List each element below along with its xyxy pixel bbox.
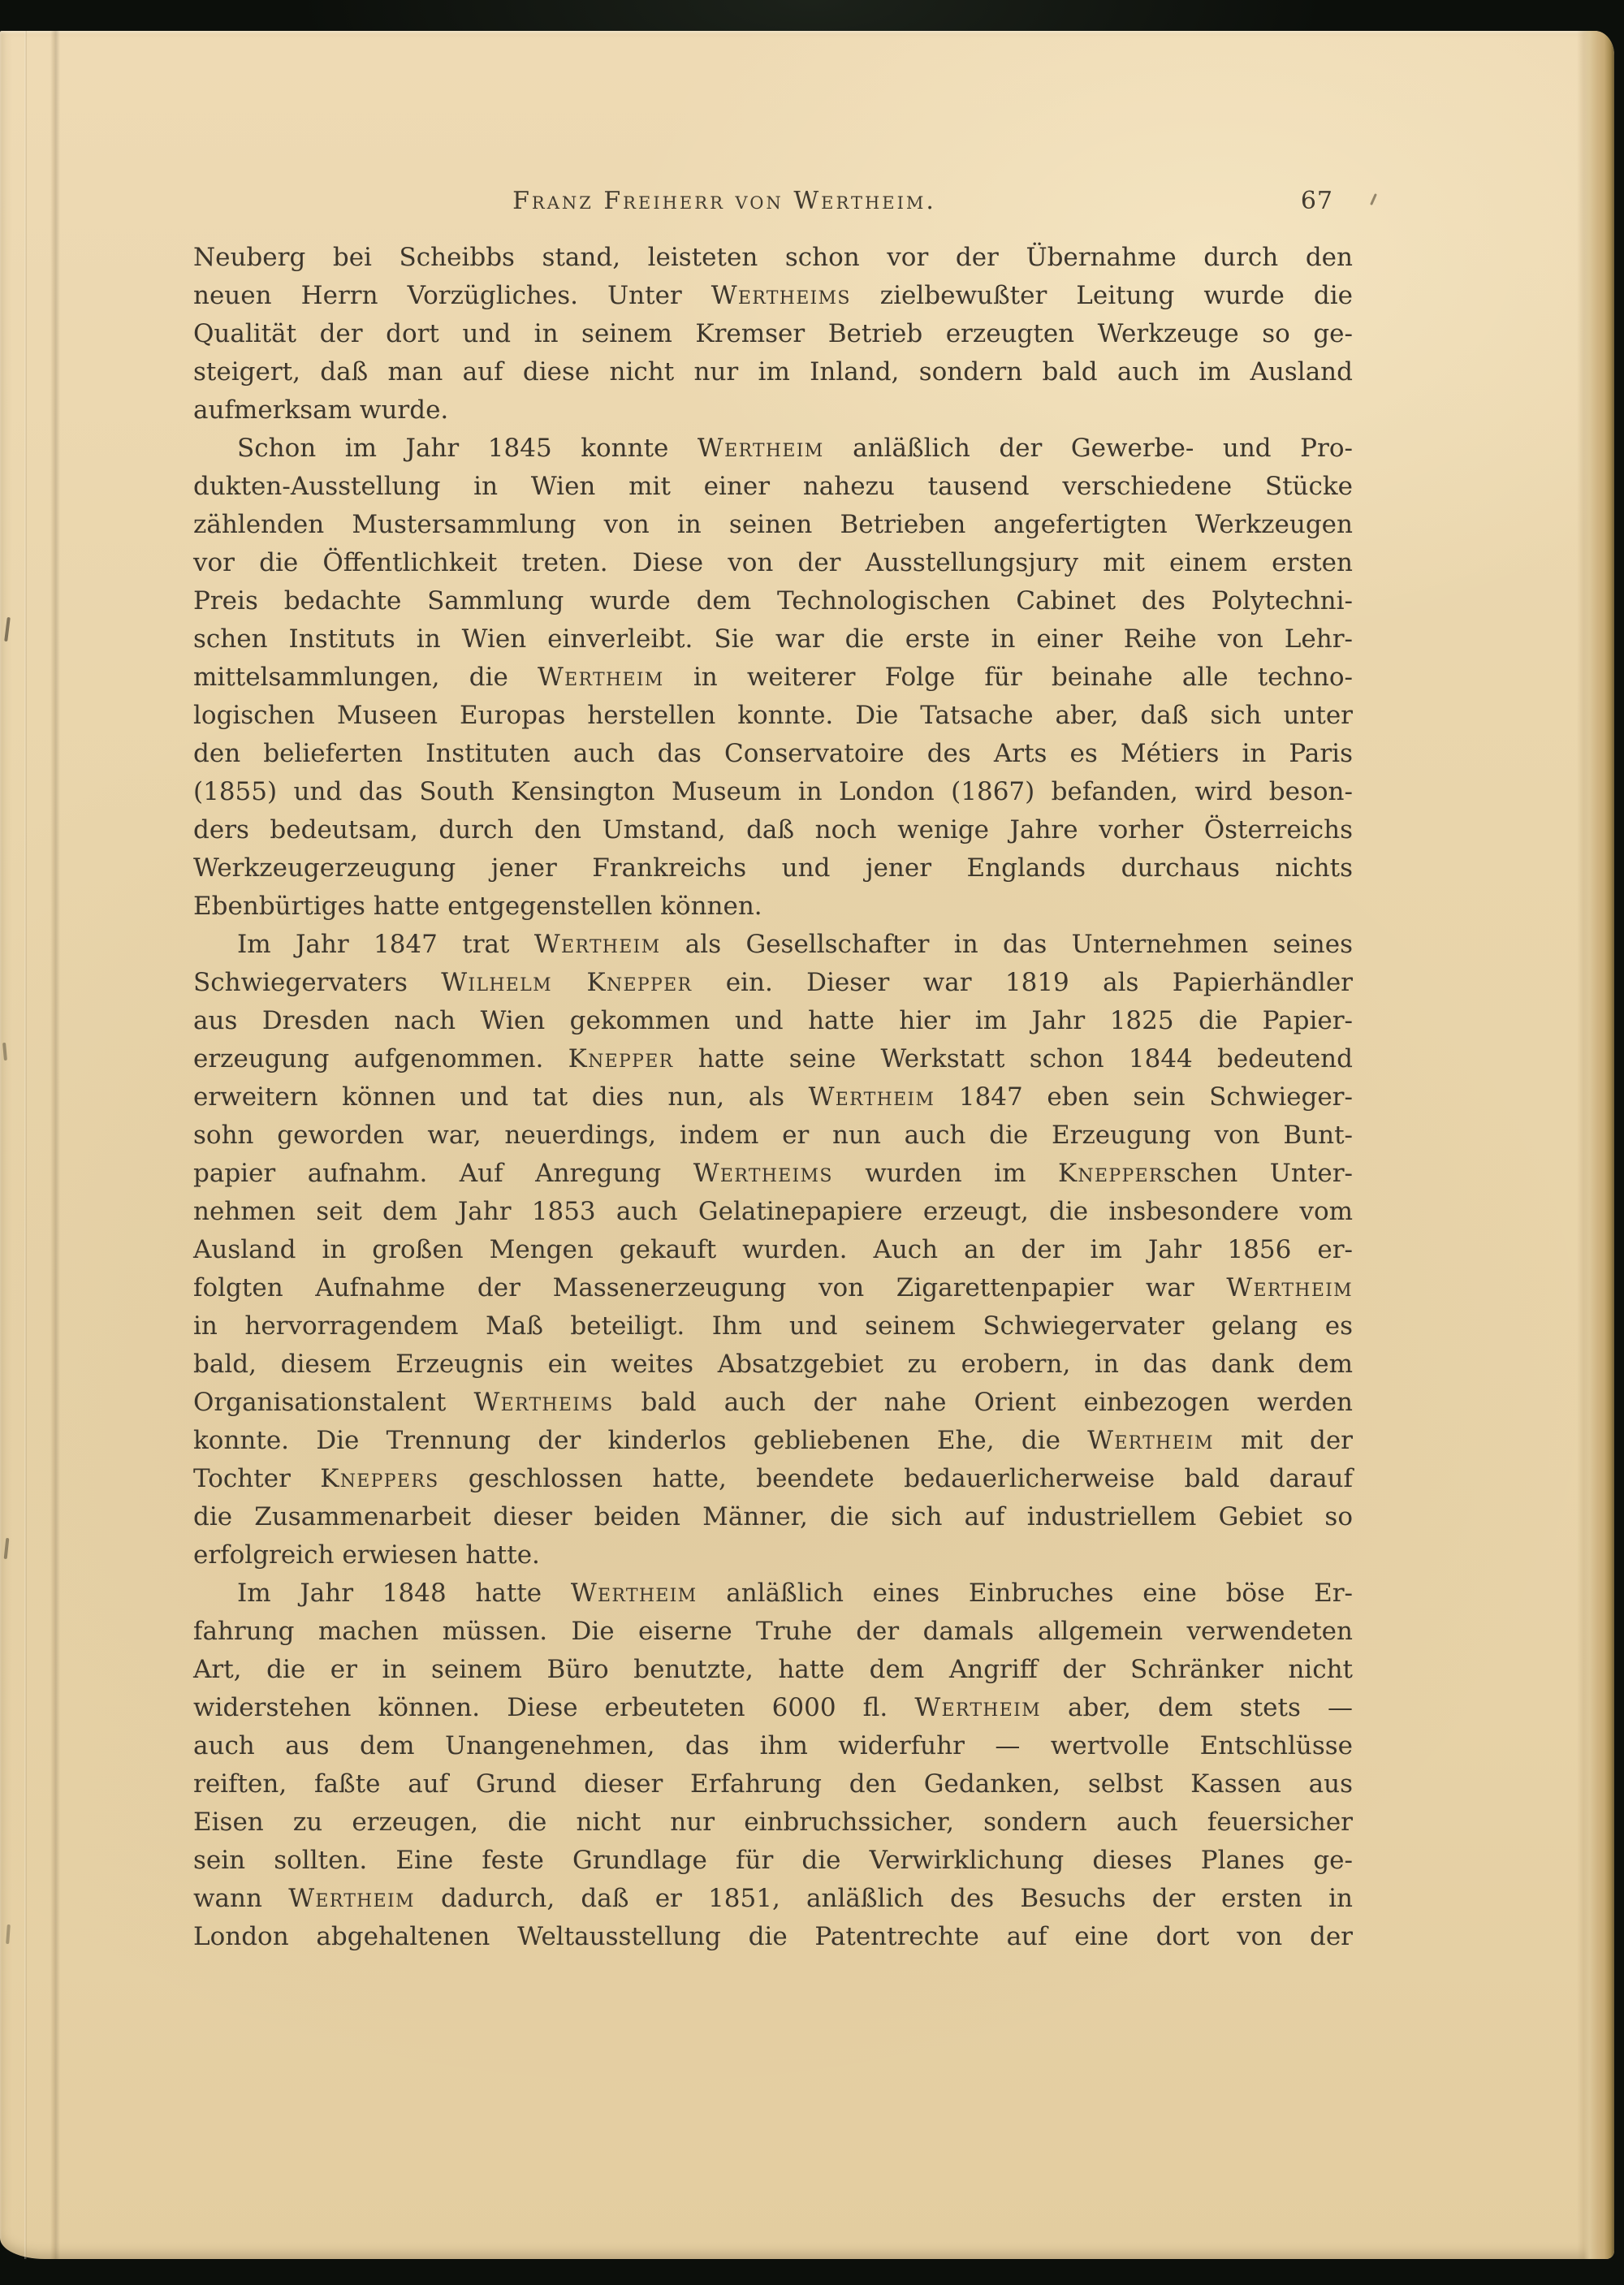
text-line: erfolgreich erwiesen hatte. (193, 1536, 1353, 1574)
text-segment: Tochter (193, 1464, 320, 1493)
text-segment: zielbewußter Leitung wurde die (851, 281, 1353, 310)
text-line: fahrung machen müssen. Die eiserne Truhe… (193, 1613, 1353, 1651)
text-block: Neuberg bei Scheibbs stand, leisteten sc… (193, 239, 1353, 1956)
text-segment: hatte seine Werkstatt schon 1844 bedeute… (673, 1044, 1353, 1073)
text-segment: erzeugung aufgenommen. (193, 1044, 568, 1073)
text-line: reiften, faßte auf Grund dieser Erfahrun… (193, 1765, 1353, 1803)
text-segment: wurden im (833, 1159, 1058, 1188)
text-segment: anläßlich der Gewerbe- und Pro- (824, 434, 1353, 463)
book-page: Franz Freiherr von Wertheim. 67 Neuberg … (0, 31, 1614, 2259)
text-segment: aber, dem stets — (1041, 1693, 1353, 1722)
text-line: steigert, daß man auf diese nicht nur im… (193, 353, 1353, 391)
person-name: Wertheim (1087, 1426, 1214, 1455)
person-name: Wertheim (809, 1082, 935, 1112)
text-line: den belieferten Instituten auch das Cons… (193, 735, 1353, 773)
person-name: Wertheims (711, 281, 851, 310)
person-name: Wertheim (1226, 1273, 1353, 1302)
text-line: Art, die er in seinem Büro benutzte, hat… (193, 1651, 1353, 1689)
person-name: Wertheims (473, 1388, 613, 1417)
text-segment: Ausland in großen Mengen gekauft wurden.… (193, 1235, 1353, 1264)
text-line: Preis bedachte Sammlung wurde dem Techno… (193, 582, 1353, 620)
text-segment: widerstehen können. Diese erbeuteten 600… (193, 1693, 914, 1722)
text-line: Eisen zu erzeugen, die nicht nur einbruc… (193, 1803, 1353, 1842)
text-line: auch aus dem Unangenehmen, das ihm wider… (193, 1727, 1353, 1765)
text-line: logischen Museen Europas herstellen konn… (193, 697, 1353, 735)
scan-background: Franz Freiherr von Wertheim. 67 Neuberg … (0, 0, 1624, 2285)
text-segment: Ebenbürtiges hatte entgegenstellen könne… (193, 892, 762, 921)
text-segment: in hervorragendem Maß beteiligt. Ihm und… (193, 1311, 1353, 1341)
text-line: konnte. Die Trennung der kinderlos gebli… (193, 1422, 1353, 1460)
text-segment: dukten-Ausstellung in Wien mit einer nah… (193, 472, 1353, 501)
text-segment: bald auch der nahe Orient einbezogen wer… (613, 1388, 1353, 1417)
text-line: wann Wertheim dadurch, daß er 1851, anlä… (193, 1880, 1353, 1918)
text-segment: anläßlich eines Einbruches eine böse Er- (697, 1579, 1353, 1608)
text-segment: reiften, faßte auf Grund dieser Erfahrun… (193, 1769, 1353, 1799)
text-segment: auch aus dem Unangenehmen, das ihm wider… (193, 1731, 1353, 1760)
text-segment: vor die Öffentlichkeit treten. Diese von… (193, 548, 1353, 577)
page-edge-stack (1577, 31, 1614, 2259)
text-line: Qualität der dort und in seinem Kremser … (193, 315, 1353, 353)
person-name: Wertheim (288, 1884, 415, 1913)
text-segment: erfolgreich erwiesen hatte. (193, 1540, 540, 1570)
paragraph: Im Jahr 1847 trat Wertheim als Gesellsch… (193, 926, 1353, 1574)
text-segment: schen Instituts in Wien einverleibt. Sie… (193, 624, 1353, 654)
text-segment: logischen Museen Europas herstellen konn… (193, 701, 1353, 730)
text-line: in hervorragendem Maß beteiligt. Ihm und… (193, 1307, 1353, 1346)
text-segment: neuen Herrn Vorzügliches. Unter (193, 281, 711, 310)
text-line: zählenden Mustersammlung von in seinen B… (193, 506, 1353, 544)
text-line: folgten Aufnahme der Massenerzeugung von… (193, 1269, 1353, 1307)
text-segment: Schon im Jahr 1845 konnte (237, 434, 698, 463)
scan-artifact (6, 1924, 11, 1944)
text-segment: bald, diesem Erzeugnis ein weites Absatz… (193, 1350, 1353, 1379)
text-line: Ausland in großen Mengen gekauft wurden.… (193, 1231, 1353, 1269)
text-line: Tochter Kneppers geschlossen hatte, been… (193, 1460, 1353, 1498)
person-name: Kneppers (320, 1464, 438, 1493)
text-segment: London abgehaltenen Weltausstellung die … (193, 1922, 1353, 1951)
text-segment: geschlossen hatte, beendete bedauerliche… (438, 1464, 1353, 1493)
text-line: nehmen seit dem Jahr 1853 auch Gelatinep… (193, 1193, 1353, 1231)
text-segment: nehmen seit dem Jahr 1853 auch Gelatinep… (193, 1197, 1353, 1226)
page-crease (50, 31, 60, 2259)
text-line: Schon im Jahr 1845 konnte Wertheim anläß… (193, 430, 1353, 468)
text-line: widerstehen können. Diese erbeuteten 600… (193, 1689, 1353, 1727)
scan-artifact (4, 617, 11, 641)
text-line: vor die Öffentlichkeit treten. Diese von… (193, 544, 1353, 582)
text-line: ders bedeutsam, durch den Umstand, daß n… (193, 811, 1353, 849)
paragraph: Schon im Jahr 1845 konnte Wertheim anläß… (193, 430, 1353, 926)
text-segment: wann (193, 1884, 288, 1913)
person-name: Wertheims (693, 1159, 833, 1188)
text-segment: die Zusammenarbeit dieser beiden Männer,… (193, 1502, 1353, 1531)
text-segment: dadurch, daß er 1851, anläßlich des Besu… (415, 1884, 1353, 1913)
scan-artifact (2, 1043, 7, 1060)
text-line: aus Dresden nach Wien gekommen und hatte… (193, 1002, 1353, 1040)
person-name: Knepper (1058, 1159, 1164, 1188)
text-segment: Preis bedachte Sammlung wurde dem Techno… (193, 586, 1353, 616)
scan-artifact (4, 1538, 10, 1559)
text-segment: fahrung machen müssen. Die eiserne Truhe… (193, 1617, 1353, 1646)
text-line: aufmerksam wurde. (193, 391, 1353, 430)
text-segment: Qualität der dort und in seinem Kremser … (193, 319, 1353, 348)
person-name: Wertheim (538, 663, 664, 692)
text-segment: 1847 eben sein Schwieger- (935, 1082, 1353, 1112)
text-line: Organisationstalent Wertheims bald auch … (193, 1384, 1353, 1422)
text-segment: steigert, daß man auf diese nicht nur im… (193, 357, 1353, 387)
text-segment: mittelsammlungen, die (193, 663, 538, 692)
text-segment: (1855) und das South Kensington Museum i… (193, 777, 1353, 806)
text-segment: sein sollten. Eine feste Grundlage für d… (193, 1846, 1353, 1875)
text-segment: Schwiegervaters (193, 968, 441, 997)
text-segment: papier aufnahm. Auf Anregung (193, 1159, 693, 1188)
text-line: die Zusammenarbeit dieser beiden Männer,… (193, 1498, 1353, 1536)
text-segment: Im Jahr 1847 trat (237, 930, 534, 959)
page-header: Franz Freiherr von Wertheim. 67 (193, 187, 1353, 221)
text-segment: erweitern können und tat dies nun, als (193, 1082, 809, 1112)
text-segment: schen Unter- (1164, 1159, 1353, 1188)
text-line: neuen Herrn Vorzügliches. Unter Wertheim… (193, 277, 1353, 315)
text-line: erzeugung aufgenommen. Knepper hatte sei… (193, 1040, 1353, 1078)
text-segment: ders bedeutsam, durch den Umstand, daß n… (193, 815, 1353, 844)
text-line: Neuberg bei Scheibbs stand, leisteten sc… (193, 239, 1353, 277)
text-segment: in weiterer Folge für beinahe alle techn… (664, 663, 1353, 692)
text-segment: Organisationstalent (193, 1388, 473, 1417)
text-line: erweitern können und tat dies nun, als W… (193, 1078, 1353, 1117)
text-line: London abgehaltenen Weltausstellung die … (193, 1918, 1353, 1956)
person-name: Wertheim (914, 1693, 1041, 1722)
text-line: sohn geworden war, neuerdings, indem er … (193, 1117, 1353, 1155)
person-name: Wertheim (534, 930, 661, 959)
text-segment: Neuberg bei Scheibbs stand, leisteten sc… (193, 243, 1353, 272)
text-segment: sohn geworden war, neuerdings, indem er … (193, 1121, 1353, 1150)
text-line: Im Jahr 1847 trat Wertheim als Gesellsch… (193, 926, 1353, 964)
text-line: Im Jahr 1848 hatte Wertheim anläßlich ei… (193, 1574, 1353, 1613)
gutter-edge-line (24, 31, 27, 2259)
text-segment: folgten Aufnahme der Massenerzeugung von… (193, 1273, 1226, 1302)
text-segment: mit der (1214, 1426, 1353, 1455)
text-segment: Art, die er in seinem Büro benutzte, hat… (193, 1655, 1353, 1684)
person-name: Wilhelm Knepper (441, 968, 692, 997)
text-line: (1855) und das South Kensington Museum i… (193, 773, 1353, 811)
person-name: Wertheim (571, 1579, 698, 1608)
running-title: Franz Freiherr von Wertheim. (193, 187, 1353, 215)
text-segment: als Gesellschafter in das Unternehmen se… (660, 930, 1353, 959)
person-name: Knepper (568, 1044, 674, 1073)
text-segment: den belieferten Instituten auch das Cons… (193, 739, 1353, 768)
text-segment: Im Jahr 1848 hatte (237, 1579, 571, 1608)
text-segment: aufmerksam wurde. (193, 395, 448, 425)
scan-artifact (1370, 193, 1377, 205)
text-line: Ebenbürtiges hatte entgegenstellen könne… (193, 888, 1353, 926)
text-line: Werkzeugerzeugung jener Frankreichs und … (193, 849, 1353, 888)
paragraph: Neuberg bei Scheibbs stand, leisteten sc… (193, 239, 1353, 430)
text-segment: ein. Dieser war 1819 als Papierhändler (692, 968, 1353, 997)
paragraph: Im Jahr 1848 hatte Wertheim anläßlich ei… (193, 1574, 1353, 1956)
text-segment: aus Dresden nach Wien gekommen und hatte… (193, 1006, 1353, 1035)
text-segment: Werkzeugerzeugung jener Frankreichs und … (193, 853, 1353, 883)
text-line: sein sollten. Eine feste Grundlage für d… (193, 1842, 1353, 1880)
text-line: mittelsammlungen, die Wertheim in weiter… (193, 659, 1353, 697)
text-line: schen Instituts in Wien einverleibt. Sie… (193, 620, 1353, 659)
text-line: bald, diesem Erzeugnis ein weites Absatz… (193, 1346, 1353, 1384)
person-name: Wertheim (698, 434, 824, 463)
text-line: dukten-Ausstellung in Wien mit einer nah… (193, 468, 1353, 506)
text-segment: konnte. Die Trennung der kinderlos gebli… (193, 1426, 1087, 1455)
text-segment: Eisen zu erzeugen, die nicht nur einbruc… (193, 1808, 1353, 1837)
page-number: 67 (1301, 187, 1333, 215)
text-segment: zählenden Mustersammlung von in seinen B… (193, 510, 1353, 539)
text-line: papier aufnahm. Auf Anregung Wertheims w… (193, 1155, 1353, 1193)
text-line: Schwiegervaters Wilhelm Knepper ein. Die… (193, 964, 1353, 1002)
